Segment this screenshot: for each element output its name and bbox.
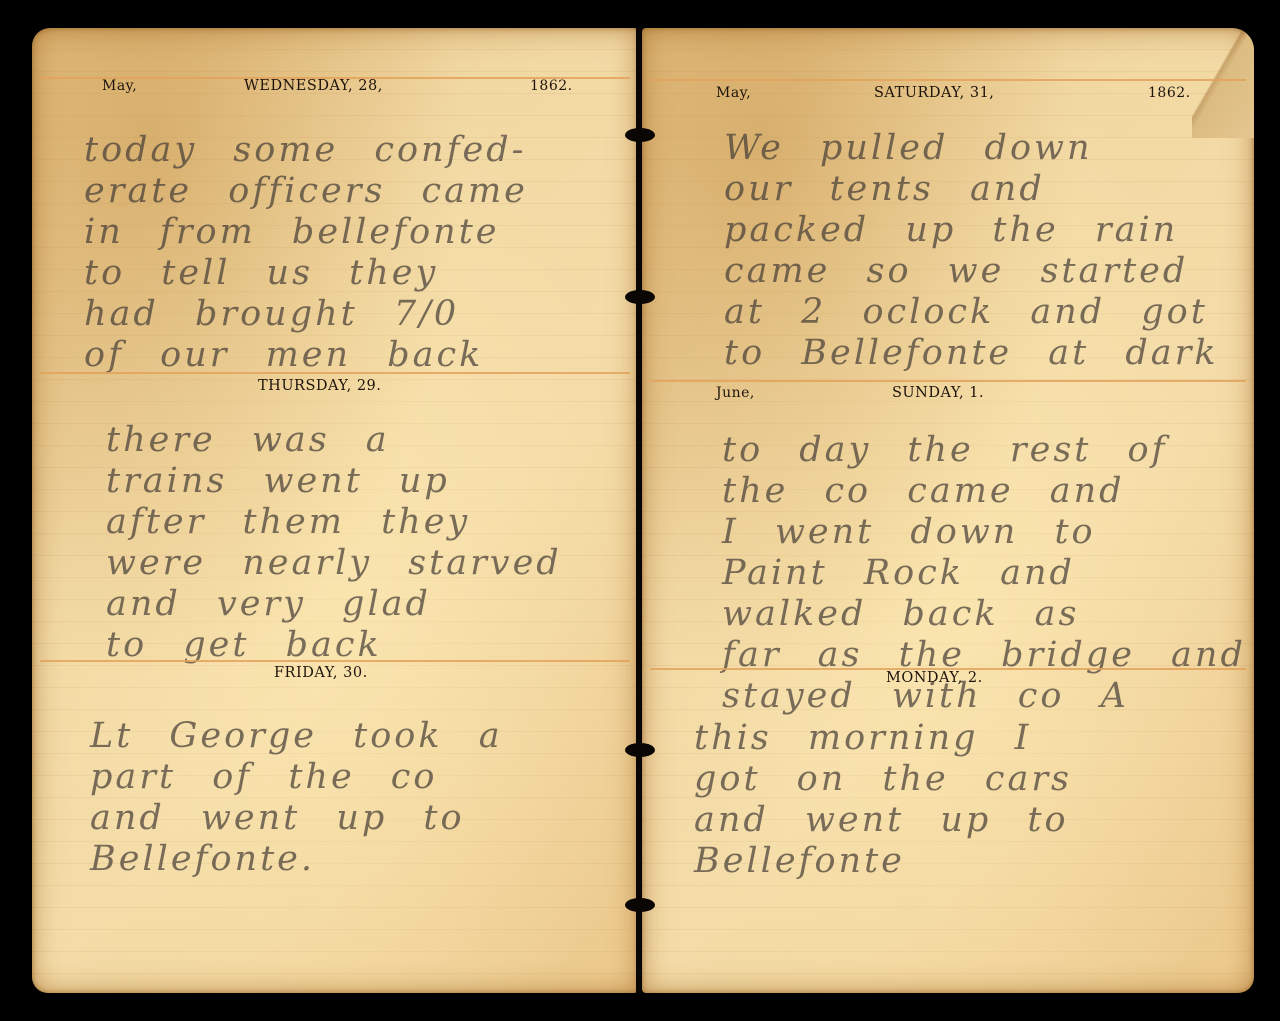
month-label: May, [716, 85, 751, 101]
day-heading-monday: MONDAY, 2. [886, 670, 983, 686]
day-heading-sunday: SUNDAY, 1. [892, 385, 984, 401]
day-heading-saturday: SATURDAY, 31, [874, 85, 994, 101]
ruled-line [40, 660, 630, 662]
year-label: 1862. [1148, 85, 1191, 101]
month-label-june: June, [716, 385, 755, 401]
ruled-line [650, 380, 1246, 382]
month-label: May, [102, 78, 137, 94]
binding-stitch-hole [625, 128, 655, 142]
ruled-line [650, 79, 1246, 81]
handwritten-entry-thursday: there was a trains went up after them th… [106, 420, 562, 666]
ruled-line [40, 372, 630, 374]
handwritten-entry-saturday: We pulled down our tents and packed up t… [724, 128, 1219, 374]
folded-corner [1192, 28, 1254, 138]
year-label: 1862. [530, 78, 573, 94]
binding-stitch-hole [625, 743, 655, 757]
binding-stitch-hole [625, 290, 655, 304]
handwritten-entry-friday: Lt George took a part of the co and went… [90, 716, 503, 880]
handwritten-entry-monday: this morning I got on the cars and went … [694, 718, 1072, 882]
diary-page-left: May, WEDNESDAY, 28, 1862. today some con… [32, 28, 638, 993]
day-heading-wednesday: WEDNESDAY, 28, [244, 78, 383, 94]
day-heading-thursday: THURSDAY, 29. [258, 378, 381, 394]
binding-stitch-hole [625, 898, 655, 912]
binding-gutter [636, 28, 641, 993]
handwritten-entry-wednesday: today some confed- erate officers came i… [84, 130, 528, 376]
day-heading-friday: FRIDAY, 30. [274, 665, 368, 681]
handwritten-entry-sunday: to day the rest of the co came and I wen… [722, 430, 1246, 717]
diary-page-right: May, SATURDAY, 31, 1862. We pulled down … [642, 28, 1254, 993]
